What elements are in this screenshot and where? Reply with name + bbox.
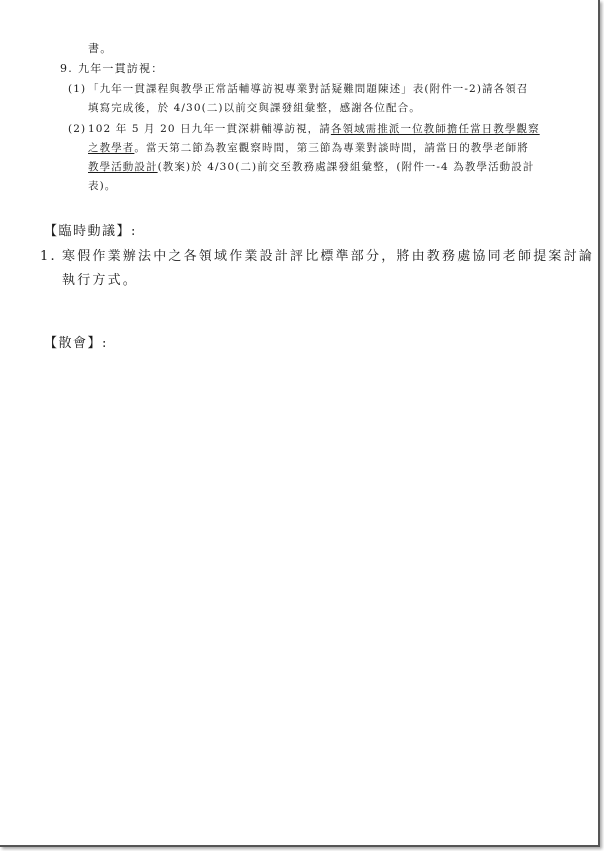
document-page: 書。 9. 九年一貫訪視： (1) 「九年一貫課程與教學正常話輔導訪視專業對話疑… bbox=[0, 0, 600, 847]
item-9-2-line3-underlined: 教學活動設計 bbox=[88, 161, 158, 173]
item-9-2-line1-underlined: 各領域需推派一位教師擔任當日教學觀察 bbox=[331, 123, 540, 135]
extempore-item-1-line2: 執行方式。 bbox=[62, 272, 138, 290]
item-9-2-line2: 之教學者。當天第二節為教室觀察時間，第三節為專業對談時間，請當日的教學老師將 bbox=[88, 141, 529, 155]
extempore-heading: 【臨時動議】: bbox=[44, 223, 137, 241]
item-9-2-line2-text: 。當天第二節為教室觀察時間，第三節為專業對談時間，請當日的教學老師將 bbox=[134, 142, 528, 154]
item-9-2-line3: 教學活動設計(教案)於 4/30(二)前交至教務處課發組彙整，(附件一-4 為教… bbox=[88, 160, 534, 174]
item-9-2-line1: 102 年 5 月 20 日九年一貫深耕輔導訪視，請各領域需推派一位教師擔任當日… bbox=[88, 122, 540, 136]
extempore-item-1-line1: 寒假作業辦法中之各領域作業設計評比標準部分，將由教務處協同老師提案討論 bbox=[62, 248, 594, 266]
item-9-1-line1: 「九年一貫課程與教學正常話輔導訪視專業對話疑難問題陳述」表(附件一-2)請各領召 bbox=[88, 82, 528, 96]
item-9-number: 9. bbox=[60, 62, 73, 76]
item-9-2-number: (2) bbox=[68, 122, 86, 136]
continuation-text: 書。 bbox=[88, 42, 112, 56]
item-9-title: 九年一貫訪視： bbox=[78, 62, 163, 76]
extempore-item-1-number: 1. bbox=[40, 248, 57, 266]
item-9-2-line4: 表)。 bbox=[88, 179, 116, 193]
item-9-2-line3-text: (教案)於 4/30(二)前交至教務處課發組彙整，(附件一-4 為教學活動設計 bbox=[158, 161, 535, 173]
item-9-2-line2-underlined: 之教學者 bbox=[88, 142, 134, 154]
item-9-1-number: (1) bbox=[68, 82, 86, 96]
item-9-2-line1-text: 102 年 5 月 20 日九年一貫深耕輔導訪視，請 bbox=[88, 123, 331, 135]
adjourn-heading: 【散會】: bbox=[44, 335, 108, 353]
item-9-1-line2: 填寫完成後，於 4/30(二)以前交與課發組彙整，感謝各位配合。 bbox=[88, 101, 421, 115]
